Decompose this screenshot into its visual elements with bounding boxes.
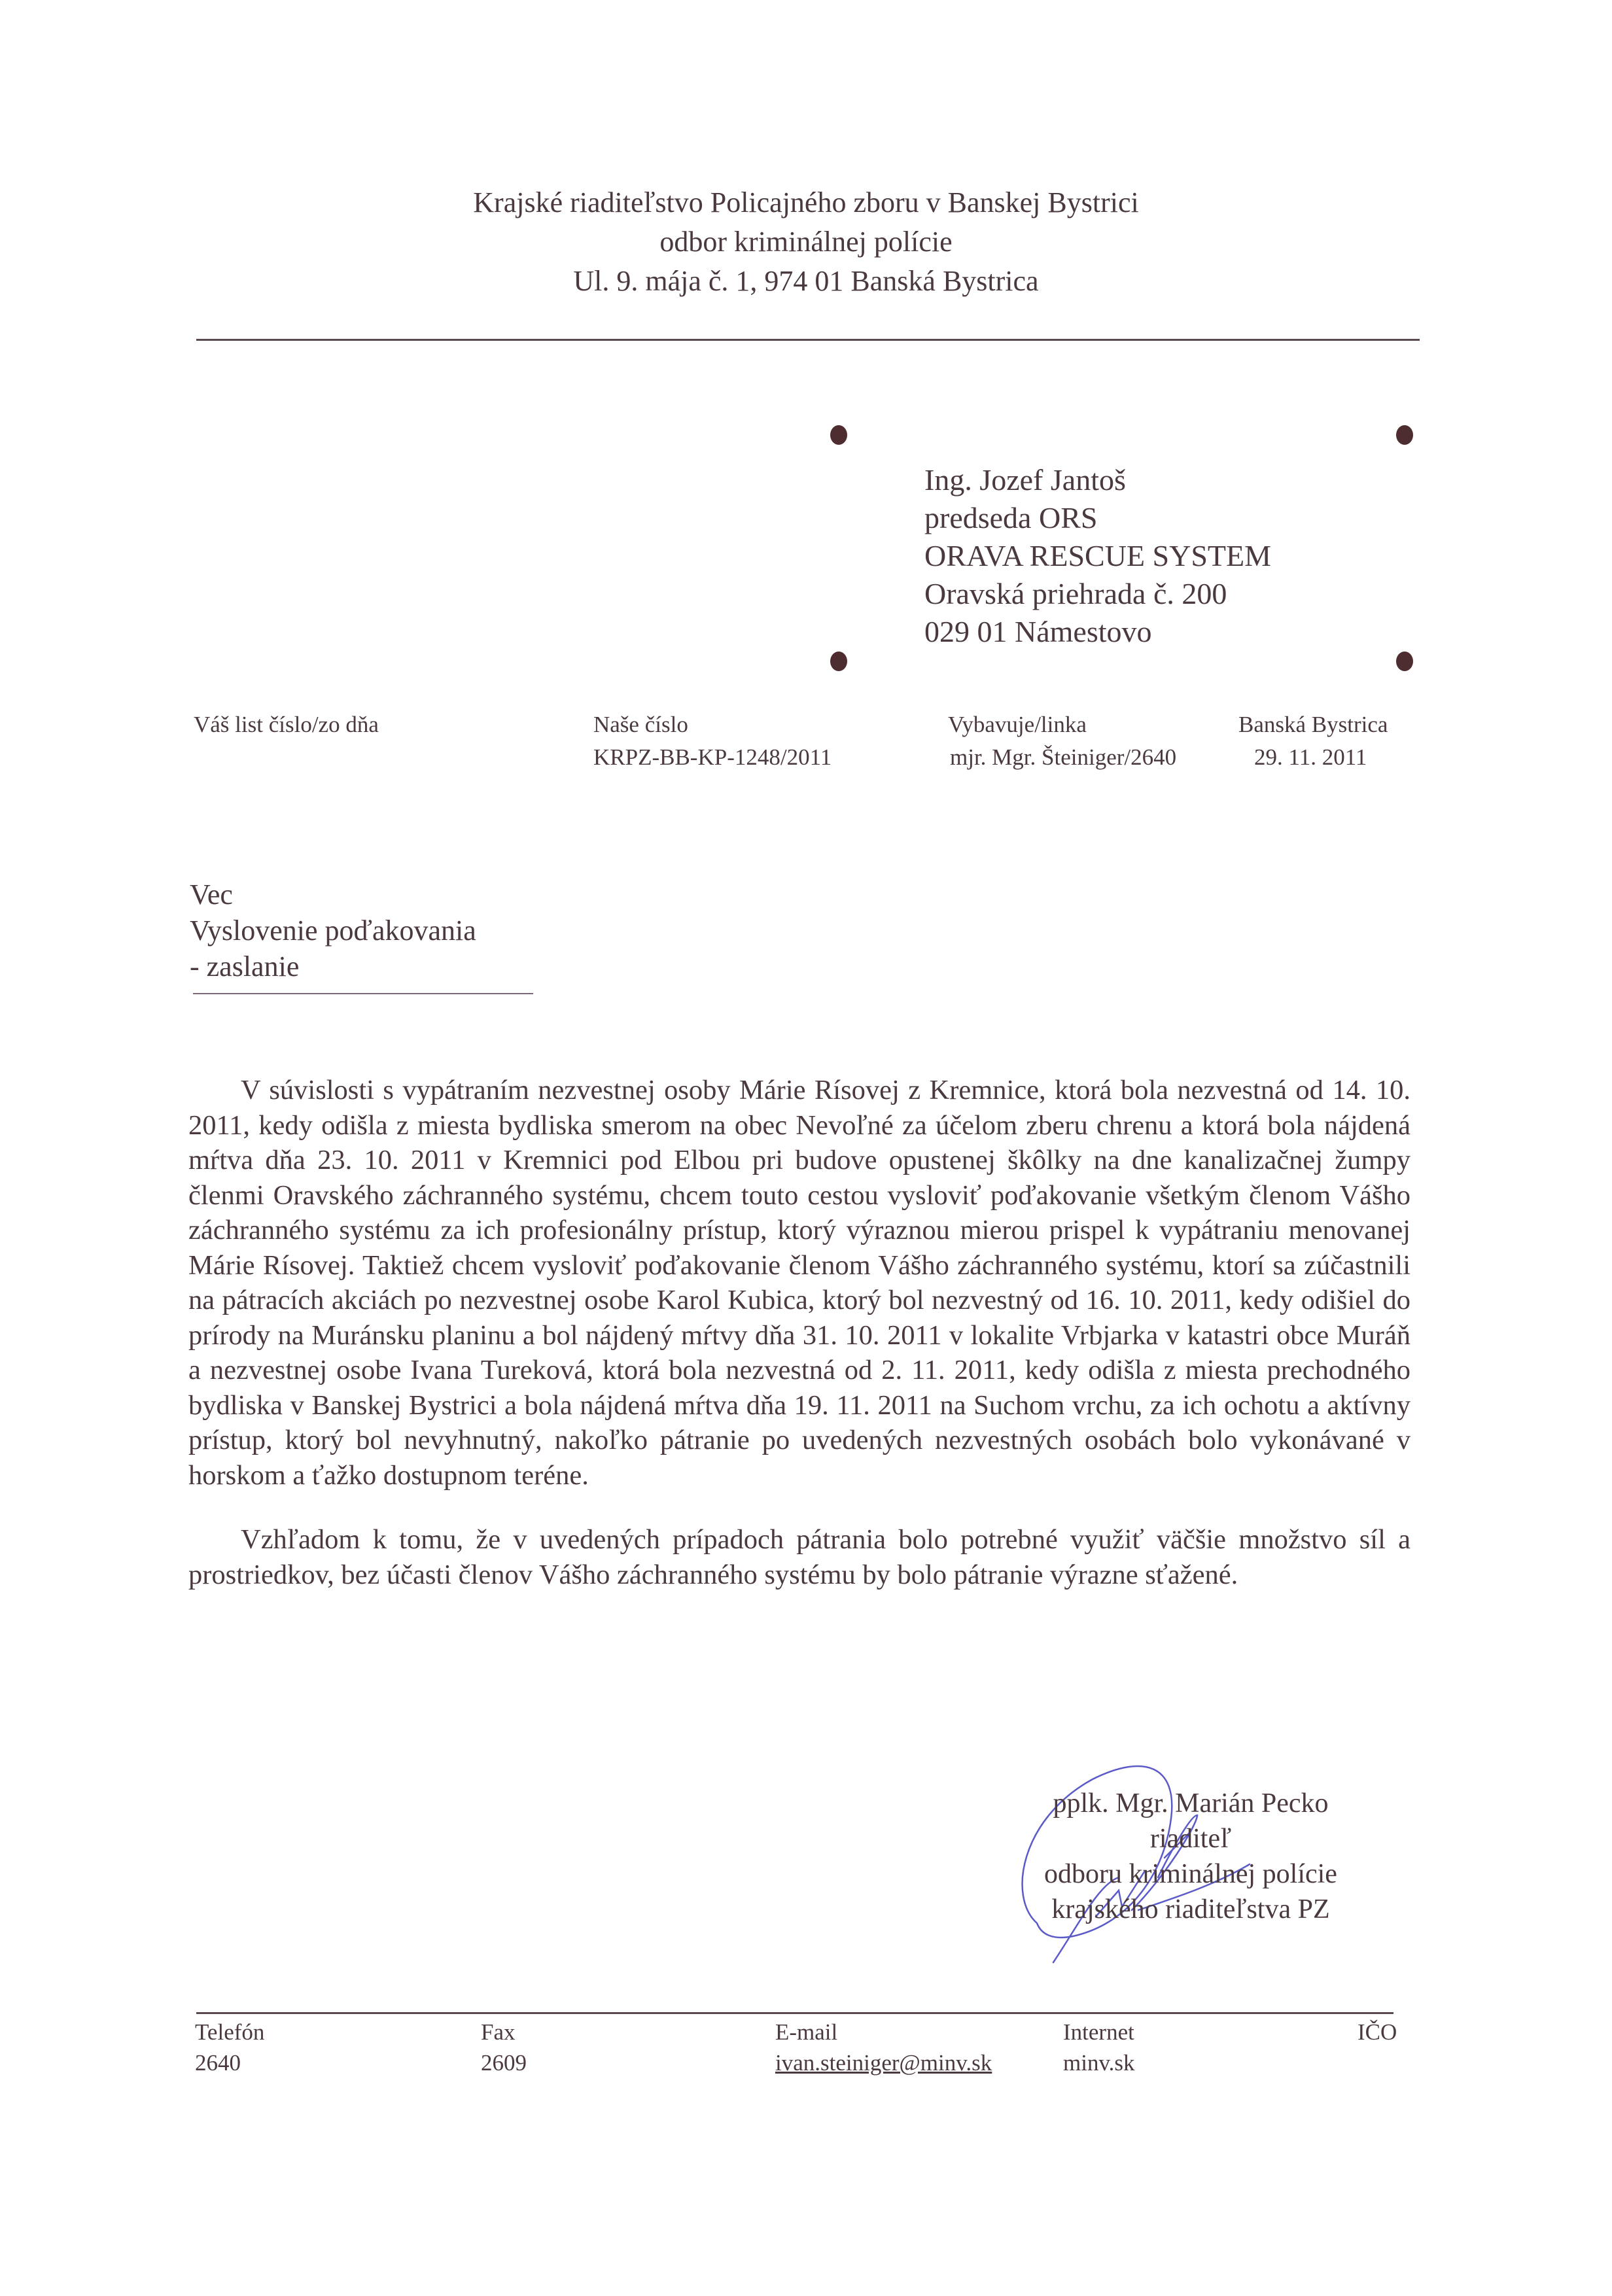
addressee-city: 029 01 Námestovo: [924, 613, 1271, 651]
corner-mark-icon: [830, 652, 847, 671]
letterhead-department: odbor kriminálnej polície: [0, 222, 1612, 262]
corner-mark-icon: [830, 425, 847, 445]
addressee-street: Oravská priehrada č. 200: [924, 575, 1271, 613]
corner-mark-icon: [1396, 425, 1413, 445]
handled-by-label: Vybavuje/linka: [948, 708, 1087, 741]
subject-block: Vec Vyslovenie poďakovania - zaslanie: [190, 877, 476, 984]
addressee-role: predseda ORS: [924, 499, 1271, 537]
letterhead-divider: [196, 339, 1420, 341]
addressee-organization: ORAVA RESCUE SYSTEM: [924, 537, 1271, 575]
footer-internet-label: Internet: [1063, 2017, 1134, 2048]
addressee-block: Ing. Jozef Jantoš predseda ORS ORAVA RES…: [924, 461, 1271, 651]
handled-by-value: mjr. Mgr. Šteiniger/2640: [950, 741, 1176, 774]
footer-email-label: E-mail: [775, 2017, 837, 2048]
subject-line: Vyslovenie poďakovania: [190, 913, 476, 948]
date-value: 29. 11. 2011: [1254, 741, 1367, 774]
footer-email-link[interactable]: ivan.steiniger@minv.sk: [775, 2047, 992, 2079]
corner-mark-icon: [1396, 652, 1413, 671]
signatory-department: odboru kriminálnej polície: [981, 1856, 1400, 1892]
letterhead-address: Ul. 9. mája č. 1, 974 01 Banská Bystrica: [0, 262, 1612, 301]
footer-divider: [196, 2012, 1393, 2014]
subject-underline: [193, 993, 533, 994]
addressee-name: Ing. Jozef Jantoš: [924, 461, 1271, 499]
signatory-department: krajského riaditeľstva PZ: [981, 1892, 1400, 1927]
footer-ico-label: IČO: [1358, 2017, 1397, 2048]
footer-fax-value: 2609: [481, 2047, 527, 2079]
subject-label: Vec: [190, 877, 476, 913]
body-paragraph: V súvislosti s vypátraním nezvestnej oso…: [188, 1073, 1410, 1493]
our-number-label: Naše číslo: [593, 708, 688, 741]
signatory-name: pplk. Mgr. Marián Pecko: [981, 1786, 1400, 1821]
footer-internet-link[interactable]: minv.sk: [1063, 2047, 1135, 2079]
footer-fax-label: Fax: [481, 2017, 516, 2048]
letterhead: Krajské riaditeľstvo Policajného zboru v…: [0, 183, 1612, 301]
letter-body: V súvislosti s vypátraním nezvestnej oso…: [188, 1073, 1410, 1592]
our-number-value: KRPZ-BB-KP-1248/2011: [593, 741, 832, 774]
signature-block: pplk. Mgr. Marián Pecko riaditeľ odboru …: [981, 1786, 1400, 1927]
letterhead-institution: Krajské riaditeľstvo Policajného zboru v…: [0, 183, 1612, 222]
footer-phone-value: 2640: [195, 2047, 241, 2079]
body-paragraph: Vzhľadom k tomu, že v uvedených prípadoc…: [188, 1522, 1410, 1592]
subject-line: - zaslanie: [190, 948, 476, 984]
signatory-title: riaditeľ: [981, 1821, 1400, 1856]
your-letter-label: Váš list číslo/zo dňa: [194, 708, 379, 741]
footer-phone-label: Telefón: [195, 2017, 264, 2048]
place-label: Banská Bystrica: [1238, 708, 1388, 741]
